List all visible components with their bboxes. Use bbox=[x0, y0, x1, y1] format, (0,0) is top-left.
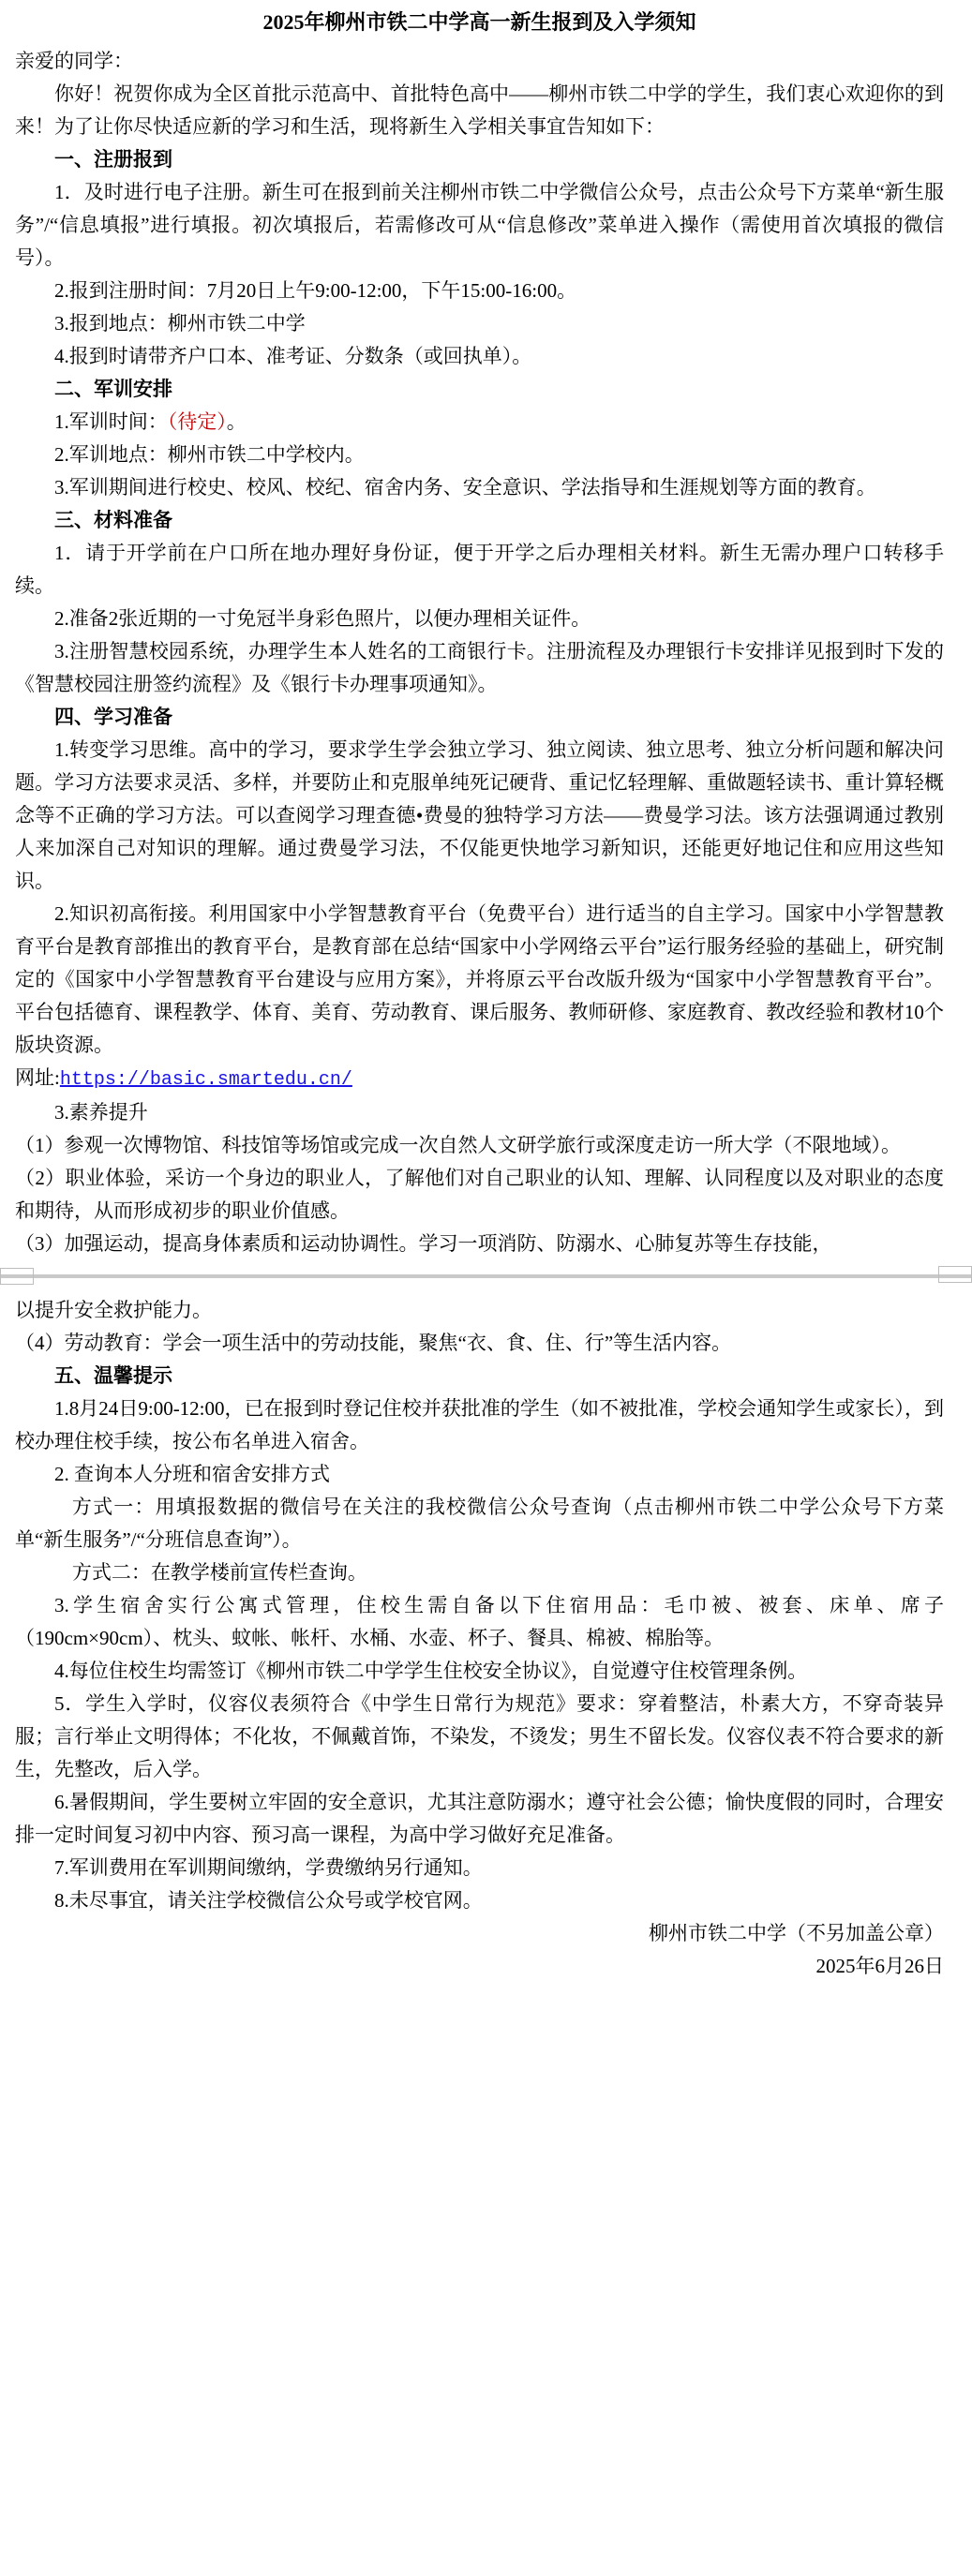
section-heading: 五、温馨提示 bbox=[15, 1360, 944, 1392]
doc-paragraph: 4.报到时请带齐户口本、准考证、分数条（或回执单）。 bbox=[15, 340, 944, 373]
doc-paragraph: 1．及时进行电子注册。新生可在报到前关注柳州市铁二中学微信公众号，点击公众号下方… bbox=[15, 176, 944, 275]
text-run: 3.报到地点：柳州市铁二中学 bbox=[54, 312, 306, 335]
text-run: 方式一：用填报数据的微信号在关注的我校微信公众号查询（点击柳州市铁二中学公众号下… bbox=[15, 1496, 944, 1551]
text-run: （2）职业体验，采访一个身边的职业人，了解他们对自己职业的认知、理解、认同程度以… bbox=[15, 1167, 944, 1222]
page-break-line bbox=[0, 1274, 972, 1278]
section-heading: 四、学习准备 bbox=[15, 701, 944, 734]
text-run: 6.暑假期间，学生要树立牢固的安全意识，尤其注意防溺水；遵守社会公德；愉快度假的… bbox=[15, 1791, 944, 1846]
text-run: 2.报到注册时间：7月20日上午9:00-12:00，下午15:00-16:00… bbox=[54, 279, 576, 302]
text-run: 3.学生宿舍实行公寓式管理，住校生需自备以下住宿用品：毛巾被、被套、床单、席子（… bbox=[15, 1594, 944, 1649]
page-break-left-mark bbox=[0, 1268, 34, 1285]
doc-paragraph: 3.注册智慧校园系统，办理学生本人姓名的工商银行卡。注册流程及办理银行卡安排详见… bbox=[15, 635, 944, 701]
page-break-right-mark bbox=[938, 1266, 972, 1283]
doc-paragraph: （4）劳动教育：学会一项生活中的劳动技能，聚焦“衣、食、住、行”等生活内容。 bbox=[15, 1327, 944, 1360]
text-run: 三、材料准备 bbox=[54, 509, 172, 531]
text-run: 四、学习准备 bbox=[54, 706, 172, 728]
text-run: 方式二：在教学楼前宣传栏查询。 bbox=[72, 1561, 367, 1584]
document-page: 2025年柳州市铁二中学高一新生报到及入学须知 亲爱的同学：你好！祝贺你成为全区… bbox=[0, 0, 972, 1983]
doc-paragraph: 8.未尽事宜，请关注学校微信公众号或学校官网。 bbox=[15, 1884, 944, 1917]
doc-paragraph: 亲爱的同学： bbox=[15, 45, 944, 78]
doc-paragraph: 以提升安全救护能力。 bbox=[15, 1294, 944, 1327]
text-run: 2.军训地点：柳州市铁二中学校内。 bbox=[54, 443, 365, 466]
text-run: 4.报到时请带齐户口本、准考证、分数条（或回执单）。 bbox=[54, 345, 531, 367]
doc-paragraph: 1.军训时间：（待定）。 bbox=[15, 406, 944, 439]
text-run: 1.军训时间： bbox=[54, 410, 168, 433]
text-run: （3）加强运动，提高身体素质和运动协调性。学习一项消防、防溺水、心肺复苏等生存技… bbox=[15, 1232, 832, 1255]
closing-line: 2025年6月26日 bbox=[15, 1950, 944, 1983]
doc-paragraph: 方式一：用填报数据的微信号在关注的我校微信公众号查询（点击柳州市铁二中学公众号下… bbox=[15, 1491, 944, 1556]
doc-paragraph: （3）加强运动，提高身体素质和运动协调性。学习一项消防、防溺水、心肺复苏等生存技… bbox=[15, 1228, 944, 1260]
text-run: 2025年6月26日 bbox=[816, 1955, 945, 1977]
doc-paragraph: 1.8月24日9:00-12:00，已在报到时登记住校并获批准的学生（如不被批准… bbox=[15, 1392, 944, 1458]
pending-red-text: （待定） bbox=[168, 410, 227, 433]
doc-paragraph: 2.报到注册时间：7月20日上午9:00-12:00，下午15:00-16:00… bbox=[15, 275, 944, 307]
text-run: 五、温馨提示 bbox=[54, 1364, 172, 1387]
text-run: 2. 查询本人分班和宿舍安排方式 bbox=[54, 1463, 330, 1485]
closing-line: 柳州市铁二中学（不另加盖公章） bbox=[15, 1917, 944, 1950]
doc-paragraph: 1.转变学习思维。高中的学习，要求学生学会独立学习、独立阅读、独立思考、独立分析… bbox=[15, 734, 944, 898]
text-run: 1.8月24日9:00-12:00，已在报到时登记住校并获批准的学生（如不被批准… bbox=[15, 1397, 944, 1452]
doc-paragraph: （1）参观一次博物馆、科技馆等场馆或完成一次自然人文研学旅行或深度走访一所大学（… bbox=[15, 1129, 944, 1162]
text-run: 2.知识初高衔接。利用国家中小学智慧教育平台（免费平台）进行适当的自主学习。国家… bbox=[15, 902, 944, 1056]
doc-paragraph: 2. 查询本人分班和宿舍安排方式 bbox=[15, 1458, 944, 1491]
text-run: 以提升安全救护能力。 bbox=[15, 1299, 212, 1321]
text-run: 网址: bbox=[15, 1066, 60, 1089]
doc-paragraph: 2.准备2张近期的一寸免冠半身彩色照片，以便办理相关证件。 bbox=[15, 603, 944, 635]
section-heading: 三、材料准备 bbox=[15, 504, 944, 537]
text-run: （4）劳动教育：学会一项生活中的劳动技能，聚焦“衣、食、住、行”等生活内容。 bbox=[15, 1332, 731, 1354]
doc-paragraph: 4.每位住校生均需签订《柳州市铁二中学学生住校安全协议》，自觉遵守住校管理条例。 bbox=[15, 1655, 944, 1688]
doc-paragraph: （2）职业体验，采访一个身边的职业人，了解他们对自己职业的认知、理解、认同程度以… bbox=[15, 1162, 944, 1228]
text-run: 4.每位住校生均需签订《柳州市铁二中学学生住校安全协议》，自觉遵守住校管理条例。 bbox=[54, 1660, 807, 1682]
doc-paragraph: 3.报到地点：柳州市铁二中学 bbox=[15, 307, 944, 340]
text-run: 3.素养提升 bbox=[54, 1101, 148, 1124]
doc-paragraph: 方式二：在教学楼前宣传栏查询。 bbox=[15, 1556, 944, 1589]
text-run: 一、注册报到 bbox=[54, 148, 172, 171]
text-run: 二、军训安排 bbox=[54, 378, 172, 400]
doc-paragraph: 你好！祝贺你成为全区首批示范高中、首批特色高中——柳州市铁二中学的学生，我们衷心… bbox=[15, 78, 944, 143]
text-run: 1．及时进行电子注册。新生可在报到前关注柳州市铁二中学微信公众号，点击公众号下方… bbox=[15, 181, 944, 269]
text-run: 2.准备2张近期的一寸免冠半身彩色照片，以便办理相关证件。 bbox=[54, 607, 591, 630]
doc-paragraph: 2.知识初高衔接。利用国家中小学智慧教育平台（免费平台）进行适当的自主学习。国家… bbox=[15, 898, 944, 1062]
doc-paragraph: 网址:https://basic.smartedu.cn/ bbox=[15, 1062, 944, 1096]
document-body: 亲爱的同学：你好！祝贺你成为全区首批示范高中、首批特色高中——柳州市铁二中学的学… bbox=[15, 45, 944, 1983]
doc-title: 2025年柳州市铁二中学高一新生报到及入学须知 bbox=[15, 6, 944, 39]
text-run: 柳州市铁二中学（不另加盖公章） bbox=[649, 1922, 944, 1944]
text-run: （1）参观一次博物馆、科技馆等场馆或完成一次自然人文研学旅行或深度走访一所大学（… bbox=[15, 1134, 901, 1156]
doc-paragraph: 3.军训期间进行校史、校风、校纪、宿舍内务、安全意识、学法指导和生涯规划等方面的… bbox=[15, 471, 944, 504]
smartedu-link[interactable]: https://basic.smartedu.cn/ bbox=[60, 1069, 352, 1091]
section-heading: 一、注册报到 bbox=[15, 143, 944, 176]
doc-paragraph: 5．学生入学时，仪容仪表须符合《中学生日常行为规范》要求：穿着整洁，朴素大方，不… bbox=[15, 1688, 944, 1786]
text-run: 7.军训费用在军训期间缴纳，学费缴纳另行通知。 bbox=[54, 1856, 483, 1879]
text-run: 5．学生入学时，仪容仪表须符合《中学生日常行为规范》要求：穿着整洁，朴素大方，不… bbox=[15, 1692, 944, 1780]
text-run: 3.军训期间进行校史、校风、校纪、宿舍内务、安全意识、学法指导和生涯规划等方面的… bbox=[54, 476, 876, 499]
doc-paragraph: 3.学生宿舍实行公寓式管理，住校生需自备以下住宿用品：毛巾被、被套、床单、席子（… bbox=[15, 1589, 944, 1655]
page-break-divider bbox=[0, 1260, 972, 1294]
text-run: 亲爱的同学： bbox=[15, 50, 133, 72]
text-run: 。 bbox=[227, 410, 247, 433]
doc-paragraph: 7.军训费用在军训期间缴纳，学费缴纳另行通知。 bbox=[15, 1852, 944, 1884]
text-run: 1.转变学习思维。高中的学习，要求学生学会独立学习、独立阅读、独立思考、独立分析… bbox=[15, 738, 944, 892]
text-run: 你好！祝贺你成为全区首批示范高中、首批特色高中——柳州市铁二中学的学生，我们衷心… bbox=[15, 82, 944, 138]
text-run: 1．请于开学前在户口所在地办理好身份证，便于开学之后办理相关材料。新生无需办理户… bbox=[15, 542, 944, 597]
doc-paragraph: 3.素养提升 bbox=[15, 1096, 944, 1129]
text-run: 8.未尽事宜，请关注学校微信公众号或学校官网。 bbox=[54, 1889, 483, 1912]
section-heading: 二、军训安排 bbox=[15, 373, 944, 406]
doc-paragraph: 6.暑假期间，学生要树立牢固的安全意识，尤其注意防溺水；遵守社会公德；愉快度假的… bbox=[15, 1786, 944, 1852]
doc-paragraph: 2.军训地点：柳州市铁二中学校内。 bbox=[15, 439, 944, 471]
text-run: 3.注册智慧校园系统，办理学生本人姓名的工商银行卡。注册流程及办理银行卡安排详见… bbox=[15, 640, 944, 695]
doc-paragraph: 1．请于开学前在户口所在地办理好身份证，便于开学之后办理相关材料。新生无需办理户… bbox=[15, 537, 944, 603]
